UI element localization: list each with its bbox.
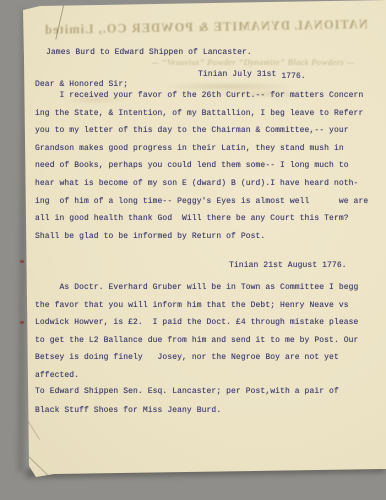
scan-background: NATIONAL DYNAMITE & POWDER CO., Limited … bbox=[0, 0, 386, 500]
letter-heading: James Burd to Edward Shippen of Lancaste… bbox=[46, 48, 252, 57]
bleedthrough-letterhead-title: NATIONAL DYNAMITE & POWDER CO., Limited bbox=[44, 17, 368, 38]
letter-body-second-paragraph: As Doctr. Everhard Gruber will be in Tow… bbox=[35, 279, 358, 385]
letter-body-first-paragraph: I received your favor of the 26th Currt.… bbox=[35, 87, 368, 245]
red-margin-mark bbox=[20, 260, 24, 263]
letter-date-first-place: Tinian July 31st bbox=[198, 70, 281, 79]
letter-date-second: Tinian 21st August 1776. bbox=[229, 261, 347, 270]
letter-address-note: To Edward Shippen Sen. Esq. Lancaster; p… bbox=[35, 383, 339, 420]
letter-date-first: Tinian July 31st 1776. bbox=[198, 70, 306, 79]
letter-date-first-year: 1776. bbox=[281, 72, 306, 81]
bleedthrough-letterhead-subtitle: — “Vesuvius” Powder “Dynamite” Black Pow… bbox=[128, 57, 378, 67]
red-margin-mark bbox=[20, 321, 24, 324]
letter-paper: NATIONAL DYNAMITE & POWDER CO., Limited … bbox=[0, 0, 386, 500]
